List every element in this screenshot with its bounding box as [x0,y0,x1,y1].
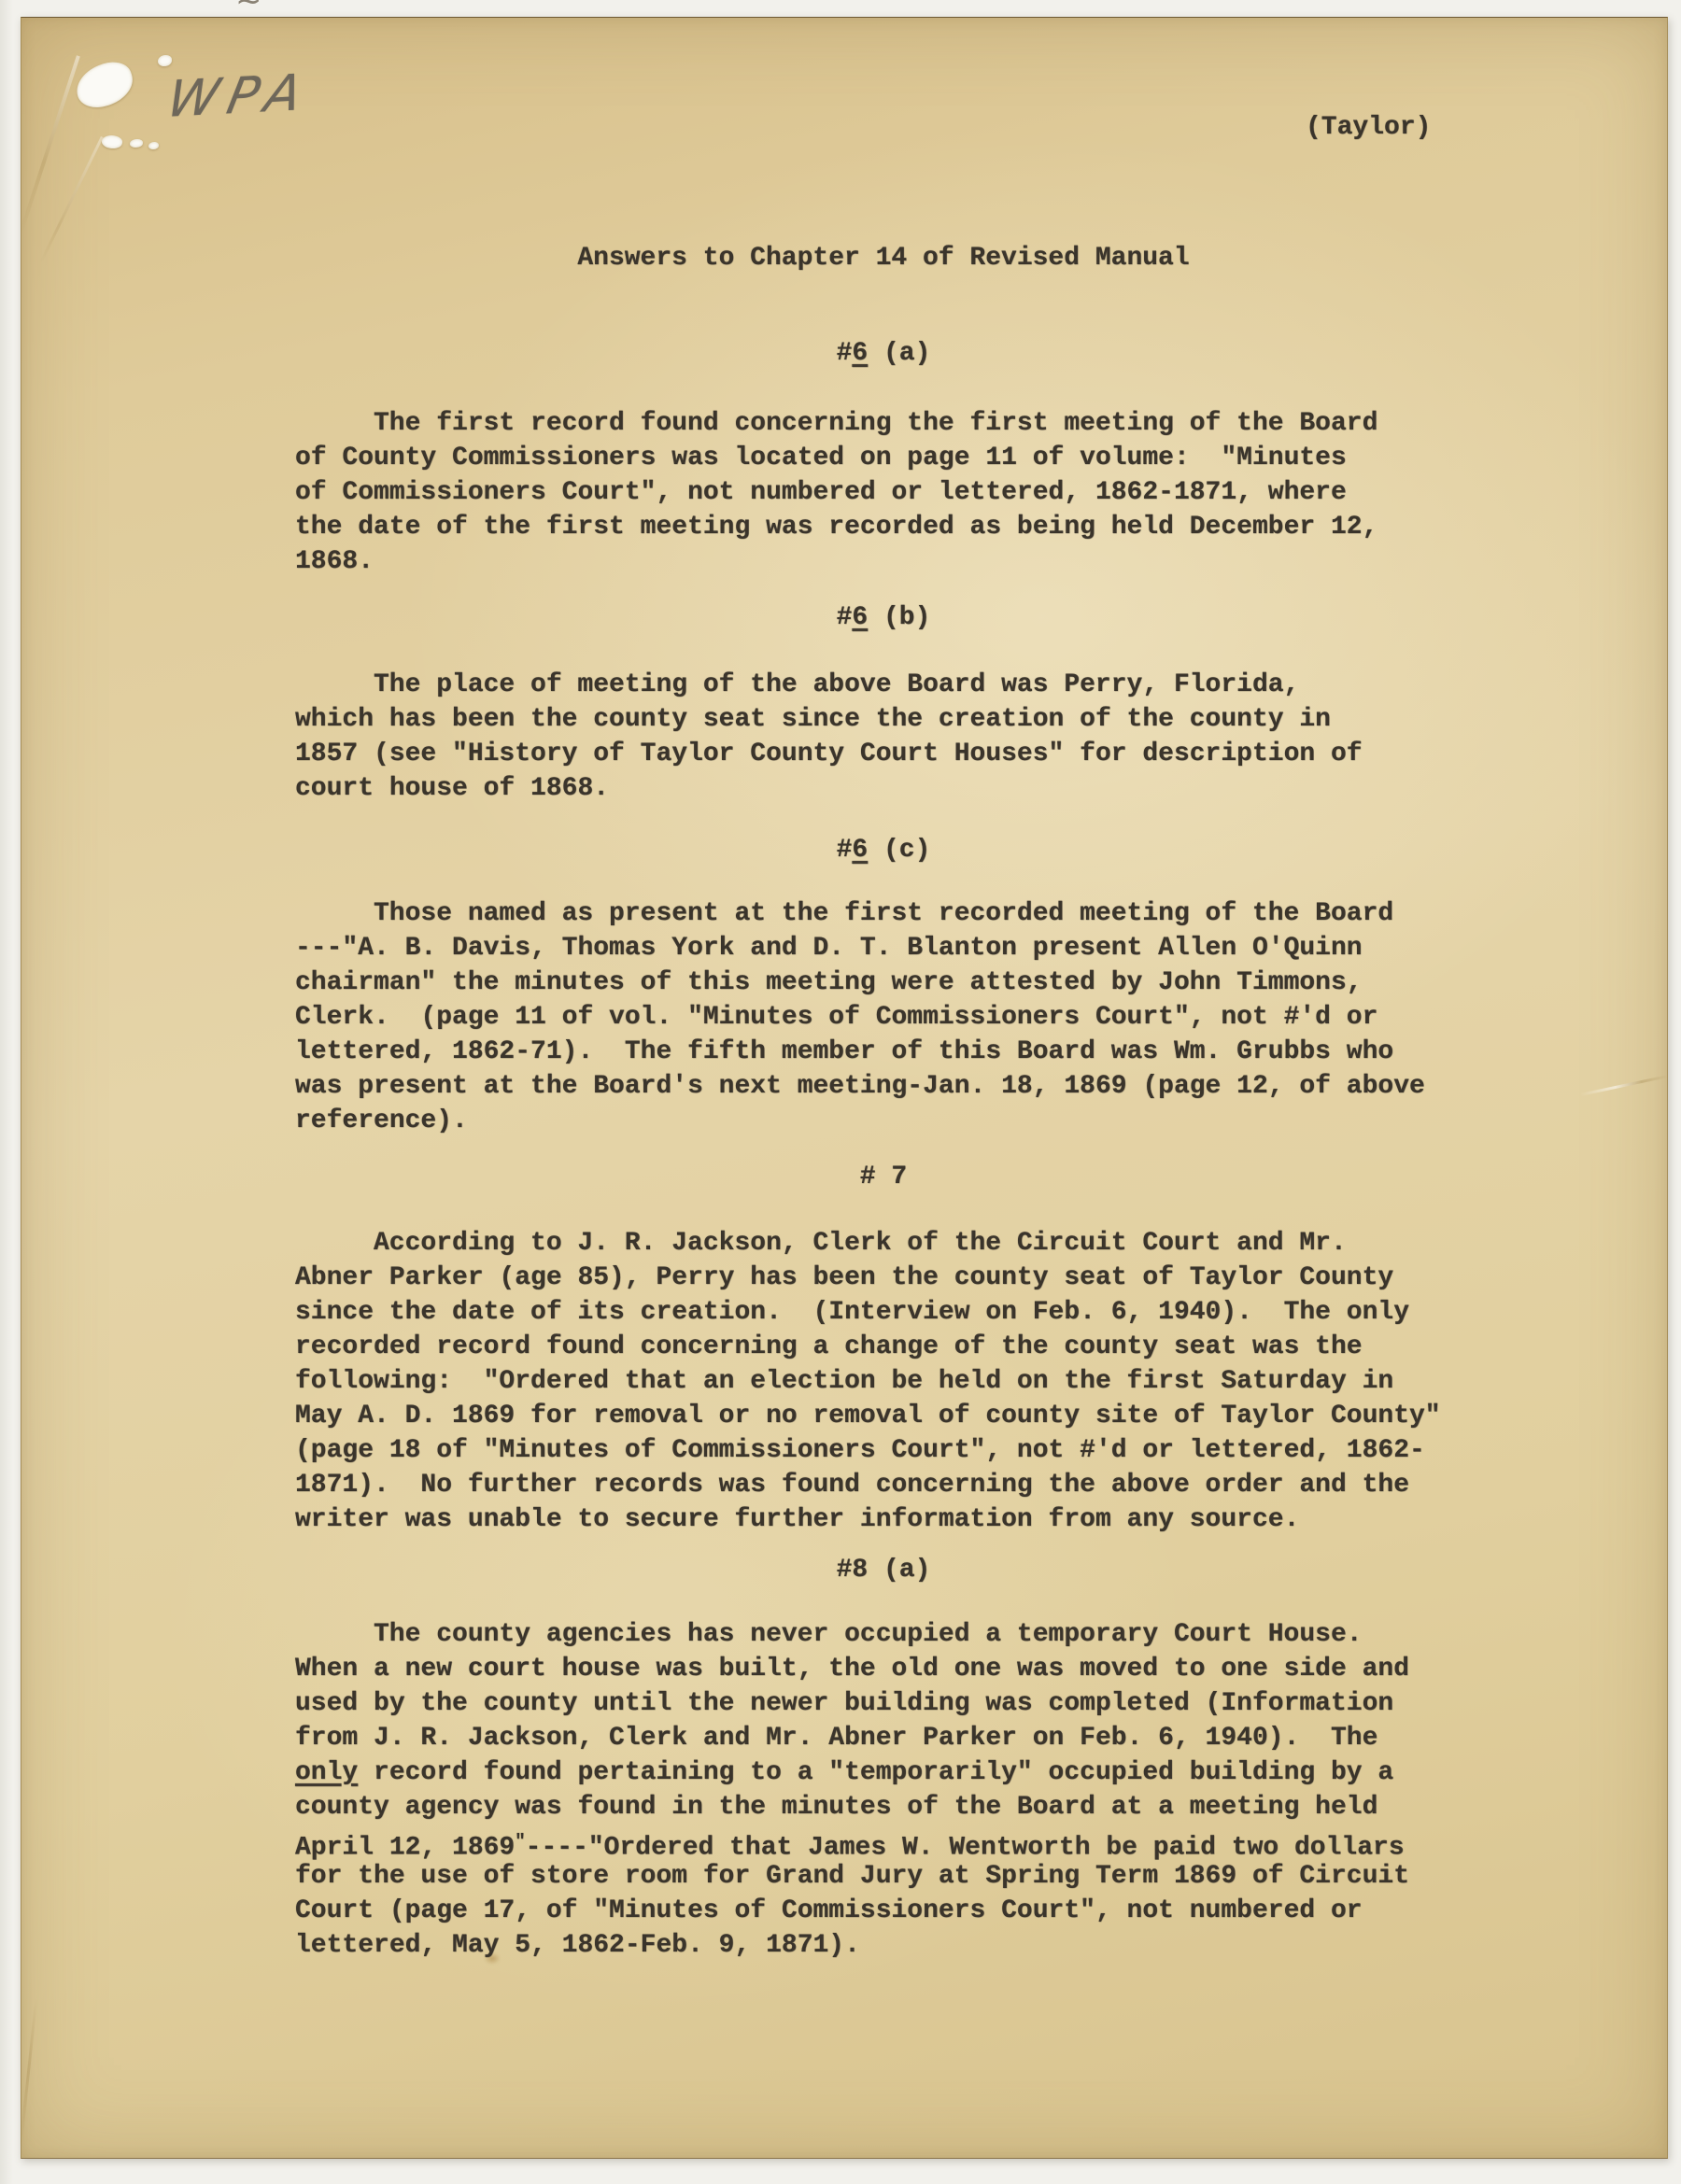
text-line: of County Commissioners was located on p… [295,441,1472,475]
text-line: The first record found concerning the fi… [295,406,1472,441]
text-segment: (a) [868,339,930,368]
text-line: court house of 1868. [295,771,1472,806]
text-segment: (page 18 of "Minutes of Commissioners Co… [295,1436,1425,1465]
text-line: May A. D. 1869 for removal or no removal… [295,1399,1472,1433]
text-segment: following: "Ordered that an election be … [295,1367,1393,1396]
text-segment: 1868. [295,547,374,576]
text-segment: # [837,836,853,865]
text-segment: When a new court house was built, the ol… [295,1655,1409,1684]
text-segment: for the use of store room for Grand Jury… [295,1862,1409,1891]
document-page: WPA (Taylor) Answers to Chapter 14 of Re… [21,17,1668,2159]
county-label: (Taylor) [1306,110,1431,145]
scan-background: ~ WPA (Taylor) Answers to Chapter 14 of … [0,0,1681,2184]
section-paragraph: According to J. R. Jackson, Clerk of the… [295,1226,1472,1537]
text-segment: 6 [852,339,868,368]
text-line: county agency was found in the minutes o… [295,1790,1472,1825]
text-line: 1857 (see "History of Taylor County Cour… [295,737,1472,771]
text-line: Abner Parker (age 85), Perry has been th… [295,1261,1472,1295]
text-segment: # 7 [860,1162,907,1191]
section-heading: #8 (a) [295,1553,1472,1587]
text-segment: from J. R. Jackson, Clerk and Mr. Abner … [295,1724,1377,1753]
text-line: of Commissioners Court", not numbered or… [295,475,1472,510]
text-line: Court (page 17, of "Minutes of Commissio… [295,1894,1472,1928]
text-line: lettered, May 5, 1862-Feb. 9, 1871). [295,1928,1472,1963]
text-segment: The first record found concerning the fi… [374,409,1377,438]
text-segment: ---"A. B. Davis, Thomas York and D. T. B… [295,934,1363,963]
section-heading: #6 (b) [295,600,1472,635]
text-segment: 1871). No further records was found conc… [295,1471,1409,1500]
text-segment: was present at the Board's next meeting-… [295,1072,1425,1101]
text-segment: only [295,1758,358,1787]
text-segment: which has been the county seat since the… [295,705,1331,734]
text-segment: record found pertaining to a "temporaril… [358,1758,1393,1787]
text-line: only record found pertaining to a "tempo… [295,1755,1472,1790]
text-line: Clerk. (page 11 of vol. "Minutes of Comm… [295,1000,1472,1035]
paper-crease [39,136,103,263]
paper-damage-spot [158,55,172,66]
text-line: reference). [295,1104,1472,1138]
text-segment: Clerk. (page 11 of vol. "Minutes of Comm… [295,1003,1377,1032]
text-segment: 6 [852,836,868,865]
text-segment: The place of meeting of the above Board … [374,670,1299,699]
text-segment: 1857 (see "History of Taylor County Cour… [295,740,1363,768]
text-line: When a new court house was built, the ol… [295,1652,1472,1686]
text-segment: lettered, 1862-71). The fifth member of … [295,1037,1393,1066]
text-line: ---"A. B. Davis, Thomas York and D. T. B… [295,931,1472,965]
paper-damage-spot [130,139,143,148]
text-segment: April 12, 1869 [295,1834,515,1863]
text-segment: Those named as present at the first reco… [374,899,1393,928]
text-segment: (b) [868,603,930,632]
text-line: April 12, 1869"----"Ordered that James W… [295,1825,1472,1859]
pencil-annotation: WPA [162,63,316,129]
text-segment: May A. D. 1869 for removal or no removal… [295,1402,1441,1430]
section-heading: #6 (a) [295,336,1472,371]
text-segment: (c) [868,836,930,865]
text-line: (page 18 of "Minutes of Commissioners Co… [295,1433,1472,1468]
text-line: the date of the first meeting was record… [295,510,1472,544]
paper-damage-spot [71,56,139,113]
text-segment: #8 (a) [837,1556,931,1585]
text-segment: " [515,1831,525,1852]
text-line: since the date of its creation. (Intervi… [295,1295,1472,1330]
text-line: was present at the Board's next meeting-… [295,1069,1472,1104]
text-segment: According to J. R. Jackson, Clerk of the… [374,1229,1347,1258]
text-segment: chairman" the minutes of this meeting we… [295,968,1363,997]
text-line: from J. R. Jackson, Clerk and Mr. Abner … [295,1721,1472,1755]
section-paragraph: The first record found concerning the fi… [295,406,1472,579]
text-segment: ----"Ordered that James W. Wentworth be … [526,1834,1405,1863]
text-segment: 6 [852,603,868,632]
text-line: lettered, 1862-71). The fifth member of … [295,1035,1472,1069]
section-paragraph: The county agencies has never occupied a… [295,1617,1472,1963]
paper-crease [20,1997,38,2146]
text-segment: Abner Parker (age 85), Perry has been th… [295,1263,1393,1292]
section-paragraph: Those named as present at the first reco… [295,896,1472,1138]
text-segment: the date of the first meeting was record… [295,513,1377,542]
text-segment: The county agencies has never occupied a… [374,1620,1363,1649]
text-line: following: "Ordered that an election be … [295,1364,1472,1399]
text-line: 1871). No further records was found conc… [295,1468,1472,1502]
text-segment: court house of 1868. [295,774,609,803]
section-paragraph: The place of meeting of the above Board … [295,668,1472,806]
text-segment: of County Commissioners was located on p… [295,444,1347,472]
text-line: The county agencies has never occupied a… [295,1617,1472,1652]
text-line: chairman" the minutes of this meeting we… [295,965,1472,1000]
text-segment: county agency was found in the minutes o… [295,1793,1377,1822]
text-line: for the use of store room for Grand Jury… [295,1859,1472,1894]
text-line: 1868. [295,544,1472,579]
paper-damage-spot [101,134,123,150]
text-segment: since the date of its creation. (Intervi… [295,1298,1409,1327]
text-segment: reference). [295,1106,468,1135]
text-segment: Court (page 17, of "Minutes of Commissio… [295,1896,1363,1925]
page-title: Answers to Chapter 14 of Revised Manual [295,241,1472,275]
text-segment: writer was unable to secure further info… [295,1505,1299,1534]
text-segment: # [837,339,853,368]
paper-crease [19,55,80,233]
text-line: writer was unable to secure further info… [295,1502,1472,1537]
text-segment: of Commissioners Court", not numbered or… [295,478,1347,507]
section-heading: #6 (c) [295,833,1472,867]
text-line: According to J. R. Jackson, Clerk of the… [295,1226,1472,1261]
text-segment: recorded record found concerning a chang… [295,1332,1363,1361]
text-line: recorded record found concerning a chang… [295,1330,1472,1364]
paper-crease [1580,1075,1669,1096]
text-line: The place of meeting of the above Board … [295,668,1472,702]
text-segment: # [837,603,853,632]
text-line: used by the county until the newer build… [295,1686,1472,1721]
paper-damage-spot [148,142,159,149]
text-segment: used by the county until the newer build… [295,1689,1393,1718]
text-line: which has been the county seat since the… [295,702,1472,737]
pencil-squiggle: ~ [235,0,262,17]
text-segment: lettered, May 5, 1862-Feb. 9, 1871). [295,1931,860,1960]
section-heading: # 7 [295,1160,1472,1194]
text-line: Those named as present at the first reco… [295,896,1472,931]
